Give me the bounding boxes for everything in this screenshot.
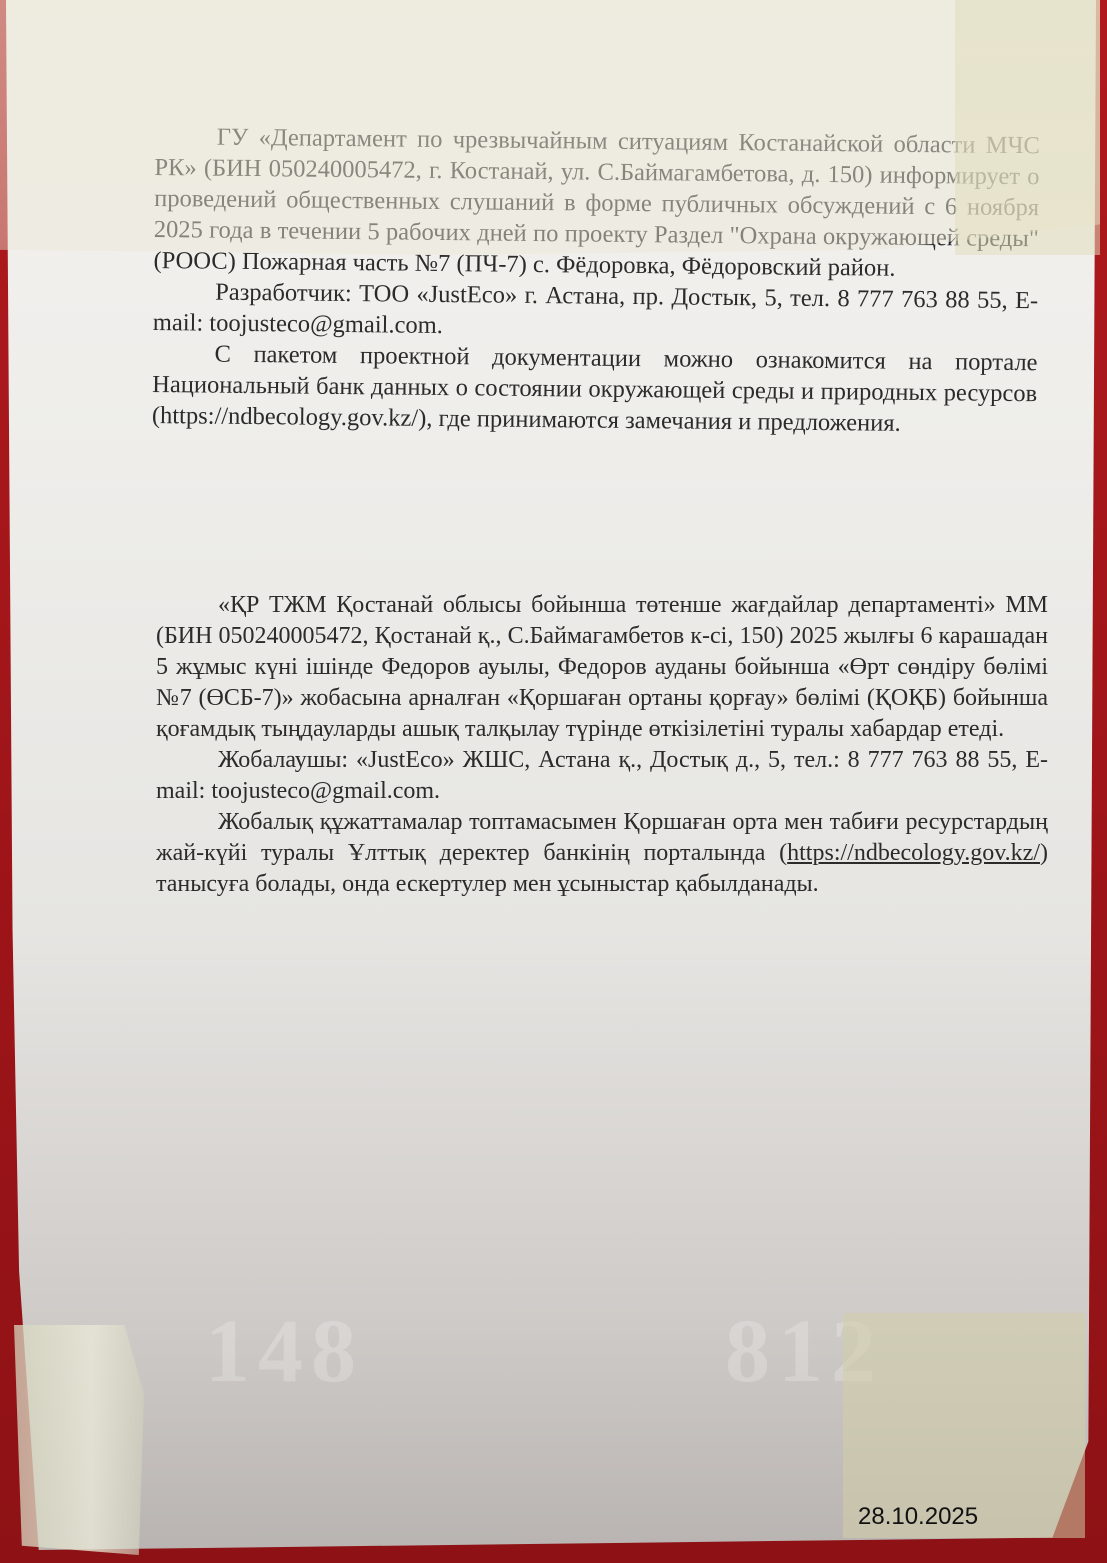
portal-link: https://ndbecology.gov.kz/ — [787, 840, 1040, 866]
russian-notice-portal-info: С пакетом проектной документации можно о… — [152, 338, 1038, 440]
adhesive-tape-top-right — [955, 0, 1100, 255]
adhesive-tape-top — [0, 0, 1100, 255]
kazakh-notice-developer: Жобалаушы: «JustEco» ЖШС, Астана қ., Дос… — [156, 745, 1048, 807]
photo-date-stamp: 28.10.2025 — [858, 1503, 978, 1531]
kazakh-notice-portal-info: Жобалық құжаттамалар топтамасымен Қоршағ… — [156, 807, 1048, 900]
adhesive-tape-bottom-left — [14, 1325, 144, 1555]
kazakh-notice: «ҚР ТЖМ Қостанай облысы бойынша төтенше … — [156, 590, 1048, 900]
background-ghost-number-left: 148 — [205, 1300, 364, 1403]
kazakh-notice-paragraph-1: «ҚР ТЖМ Қостанай облысы бойынша төтенше … — [156, 590, 1048, 745]
russian-notice-developer: Разработчик: ТОО «JustEco» г. Астана, пр… — [153, 276, 1039, 347]
